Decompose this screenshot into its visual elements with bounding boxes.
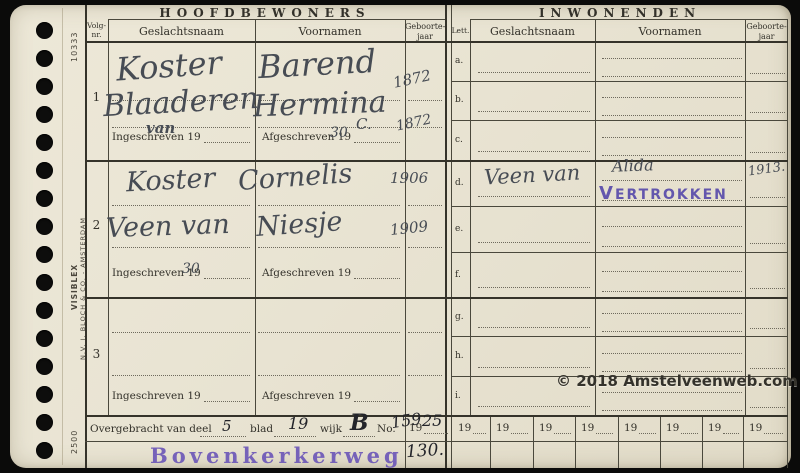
year-cell-7: 19 xyxy=(708,422,739,434)
row-letter-c: c. xyxy=(455,135,463,145)
afgeschreven-row3: Afgeschreven 19 xyxy=(262,390,400,402)
col-header-surname-left: Geslachtsnaam xyxy=(108,25,255,38)
hw-blad-value: 19 xyxy=(288,416,308,432)
hw-lodger-surname-d: Veen van xyxy=(484,162,581,188)
hw-surname-2a: Koster xyxy=(125,165,216,197)
row-letter-h: h. xyxy=(455,351,464,361)
hw-afgeschreven-value-1: 30 xyxy=(330,126,348,140)
inwonenden-title: INWONENDEN xyxy=(452,6,788,20)
year-cell-5: 19 xyxy=(624,422,656,434)
punch-hole xyxy=(36,358,53,375)
col-header-firstnames-right: Voornamen xyxy=(595,25,745,38)
row-letter-e: e. xyxy=(455,224,463,234)
row-letter-g: g. xyxy=(455,312,464,322)
punch-hole xyxy=(36,162,53,179)
blad-label: blad xyxy=(250,423,273,435)
col-header-volgnr: Volg- nr. xyxy=(85,21,108,40)
punch-hole xyxy=(36,78,53,95)
hw-surname-1b: Blaaderen xyxy=(102,84,259,122)
punch-hole xyxy=(36,190,53,207)
hw-firstname-2b: Niesje xyxy=(255,208,343,241)
ingeschreven-row1: Ingeschreven 19 xyxy=(112,131,250,143)
hw-year-first-value: 25 xyxy=(422,413,442,429)
punch-hole xyxy=(36,302,53,319)
row-letter-f: f. xyxy=(455,270,461,280)
punch-hole xyxy=(36,218,53,235)
punch-hole xyxy=(36,106,53,123)
punch-hole xyxy=(36,22,53,39)
row-letter-b: b. xyxy=(455,95,464,105)
col-header-surname-right: Geslachtsnaam xyxy=(470,25,595,38)
punch-hole xyxy=(36,50,53,67)
punch-hole xyxy=(36,274,53,291)
punch-hole xyxy=(36,246,53,263)
hw-year-2b: 1909 xyxy=(389,219,429,238)
row-number-2: 2 xyxy=(85,218,108,232)
hw-house-number: 130. xyxy=(405,442,444,462)
hw-lodger-firstname-d: Alida xyxy=(612,157,654,174)
hw-ingeschreven-value-2: 30 xyxy=(182,262,200,276)
manufacturer-brand: VISIBLEX xyxy=(70,200,79,310)
hw-firstname-1a: Barend xyxy=(257,45,376,83)
year-cell-8: 19 xyxy=(749,422,783,434)
row-number-3: 3 xyxy=(85,347,108,361)
row-letter-a: a. xyxy=(455,56,463,66)
year-cell-3: 19 xyxy=(539,422,571,434)
copyright-watermark: © 2018 Amstelveenweb.com xyxy=(556,372,798,390)
year-cell-4: 19 xyxy=(581,422,613,434)
punch-hole xyxy=(36,134,53,151)
col-header-birthyear-right: Geboorte- jaar xyxy=(745,22,788,42)
vertrokken-stamp: VERTROKKEN xyxy=(599,183,728,204)
hw-firstname-2a: Cornelis xyxy=(237,160,353,195)
hoofdbewoners-title: HOOFDBEWONERS xyxy=(85,6,445,20)
transfer-label: Overgebracht van deel xyxy=(90,423,212,435)
punch-hole xyxy=(36,414,53,431)
col-header-lett: Lett. xyxy=(451,26,470,35)
row-letter-d: d. xyxy=(455,178,464,188)
afgeschreven-row2: Afgeschreven 19 xyxy=(262,267,400,279)
hw-prefix-1b: van xyxy=(146,121,175,136)
punch-hole xyxy=(36,386,53,403)
row-letter-i: i. xyxy=(455,391,461,401)
hw-initial-1b: C. xyxy=(356,117,372,132)
hw-deel-value: 5 xyxy=(222,419,232,434)
form-number-bottom: 2500 xyxy=(70,412,79,454)
punch-hole xyxy=(36,330,53,347)
ingeschreven-row2: Ingeschreven 19 xyxy=(112,267,250,279)
hw-surname-1a: Koster xyxy=(115,46,223,85)
year-cell-6: 19 xyxy=(666,422,698,434)
scanned-register-card-page: 10333 VISIBLEX N.V. J. BLOCH & CO. - AMS… xyxy=(0,0,800,473)
ingeschreven-row3: Ingeschreven 19 xyxy=(112,390,250,402)
hw-wijk-value: B xyxy=(350,412,369,434)
form-number-top: 10333 xyxy=(70,12,79,62)
year-cell-1: 19 xyxy=(458,422,486,434)
punch-hole xyxy=(36,442,53,459)
hw-surname-2b: Veen van xyxy=(106,211,231,242)
col-header-firstnames-left: Voornamen xyxy=(255,25,405,38)
hw-year-2a: 1906 xyxy=(390,171,428,186)
street-name-stamp: Bovenkerkerweg xyxy=(150,443,395,468)
wijk-label: wijk xyxy=(320,423,342,435)
col-header-birthyear-left: Geboorte- jaar xyxy=(405,22,445,42)
year-cell-2: 19 xyxy=(496,422,528,434)
